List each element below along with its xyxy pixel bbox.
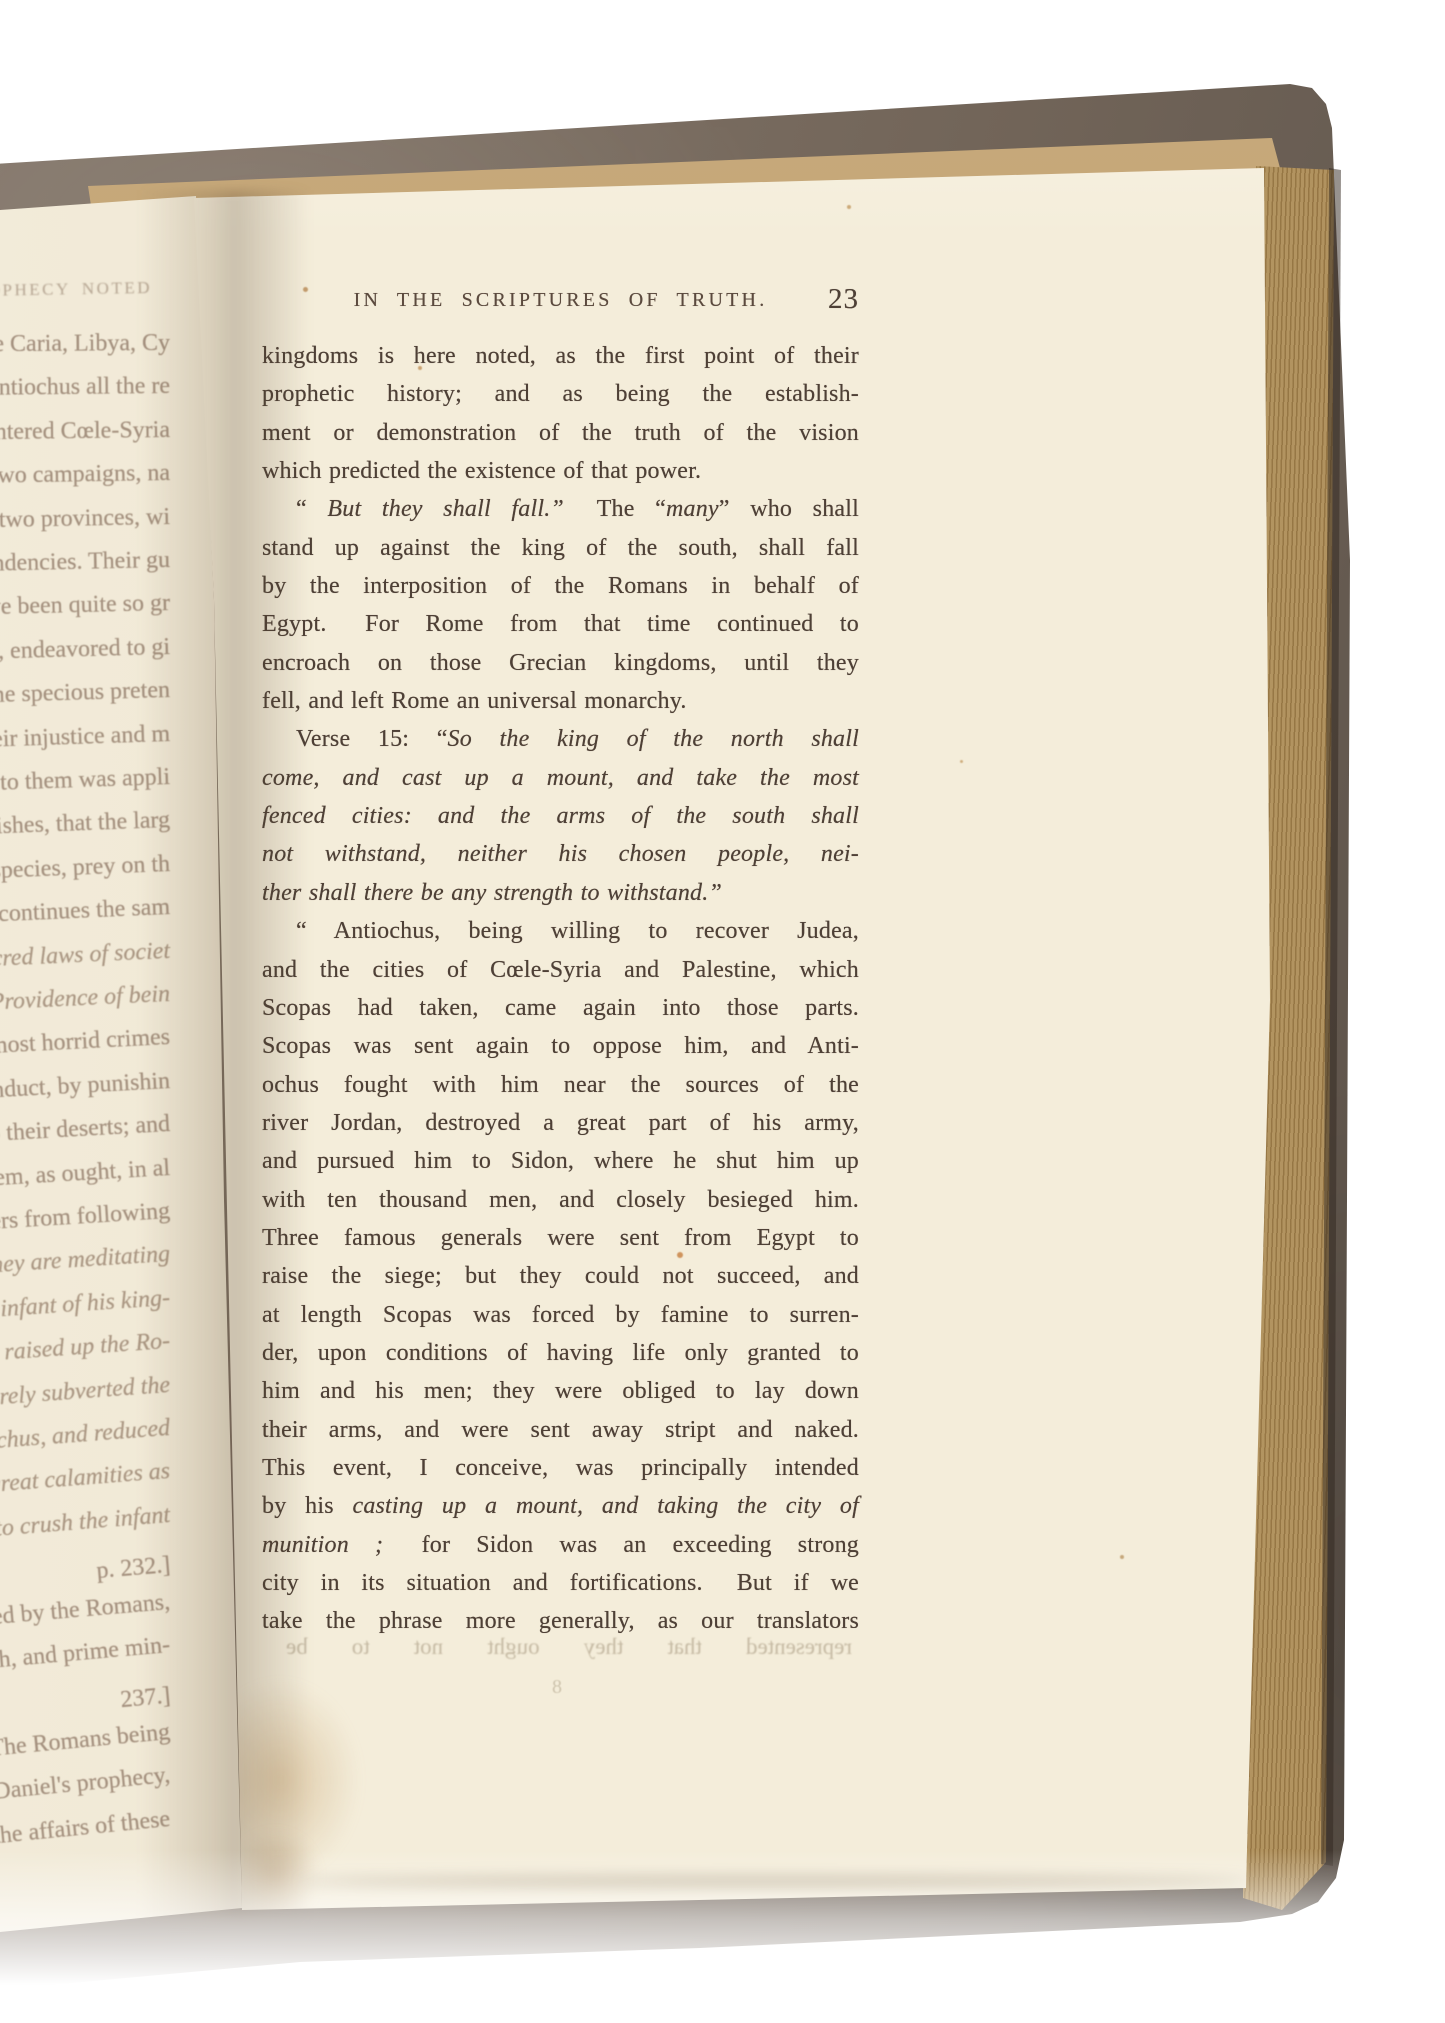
text-segment: ” who shall [719, 496, 859, 522]
text-line: by the interposition of the Romans in be… [262, 567, 859, 605]
foxing-speck [847, 205, 851, 209]
book: THE PROPHECY NOTED was to have Caria, Li… [0, 0, 1445, 2023]
text-segment: river Jordan, destroyed a great part of … [262, 1110, 859, 1136]
text-line: come, and cast up a mount, and take the … [262, 759, 859, 797]
text-segment: their arms, and were sent away stript an… [262, 1417, 859, 1443]
text-line: prophetic history; and as being the esta… [262, 375, 859, 413]
text-segment: at length Scopas was forced by famine to… [262, 1302, 859, 1328]
italic-text-segment: But they shall fall.” [327, 496, 564, 522]
body-text-block: kingdoms is here noted, as the first poi… [262, 337, 859, 1641]
text-segment: Scopas was sent again to oppose him, and… [262, 1033, 859, 1059]
italic-text-segment: So the king of the north shall [448, 726, 859, 752]
text-segment: and the cities of Cœle-Syria and Palesti… [262, 957, 859, 983]
text-line: ochus fought with him near the sources o… [262, 1066, 859, 1104]
text-segment: stand up against the king of the south, … [262, 535, 859, 561]
italic-text-segment: many [666, 496, 719, 522]
text-line: which predicted the existence of that po… [262, 452, 859, 490]
gutter-shadow [140, 190, 310, 1920]
text-segment: This event, I conceive, was principally … [262, 1455, 859, 1481]
text-line: him and his men; they were obliged to la… [262, 1372, 859, 1410]
text-segment: Three famous generals were sent from Egy… [262, 1225, 859, 1251]
page-header: IN THE SCRIPTURES OF TRUTH. 23 [262, 289, 859, 329]
text-line: encroach on those Grecian kingdoms, unti… [262, 644, 859, 682]
text-segment: encroach on those Grecian kingdoms, unti… [262, 650, 859, 676]
text-line: fell, and left Rome an universal monarch… [262, 682, 859, 720]
text-line: ther shall there be any strength to with… [262, 874, 859, 912]
text-segment: ment or demonstration of the truth of th… [262, 420, 859, 446]
foxing-speck [418, 366, 422, 370]
text-line: “ But they shall fall.” The “many” who s… [262, 490, 859, 528]
italic-text-segment: casting up a mount, and taking the city … [352, 1493, 859, 1519]
text-segment: take the phrase more generally, as our t… [262, 1608, 859, 1634]
page-number: 23 [828, 283, 859, 316]
text-segment: “ Antiochus, being willing to recover Ju… [296, 918, 859, 944]
text-line: not withstand, neither his chosen people… [262, 835, 859, 873]
text-line: ment or demonstration of the truth of th… [262, 414, 859, 452]
text-line: Egypt. For Rome from that time continued… [262, 605, 859, 643]
foxing-speck [1120, 1555, 1124, 1559]
text-segment: The “ [564, 496, 666, 522]
text-line: munition ; for Sidon was an exceeding st… [262, 1526, 859, 1564]
text-line: with ten thousand men, and closely besie… [262, 1181, 859, 1219]
text-segment: Verse 15: “ [296, 726, 448, 752]
text-segment: city in its situation and fortifications… [262, 1570, 859, 1596]
photo-background: THE PROPHECY NOTED was to have Caria, Li… [0, 0, 1445, 2023]
text-line: kingdoms is here noted, as the first poi… [262, 337, 859, 375]
text-line: river Jordan, destroyed a great part of … [262, 1104, 859, 1142]
text-line: raise the siege; but they could not succ… [262, 1257, 859, 1295]
text-line: at length Scopas was forced by famine to… [262, 1296, 859, 1334]
italic-text-segment: come, and cast up a mount, and take the … [262, 765, 859, 791]
show-through-text: represented that they ought not to be [286, 1634, 852, 1660]
text-line: stand up against the king of the south, … [262, 529, 859, 567]
text-line: “ Antiochus, being willing to recover Ju… [262, 912, 859, 950]
text-line: This event, I conceive, was principally … [262, 1449, 859, 1487]
text-segment: raise the siege; but they could not succ… [262, 1263, 859, 1289]
photo-bottom-blur [0, 1850, 1445, 2023]
text-segment: him and his men; they were obliged to la… [262, 1378, 859, 1404]
italic-text-segment: ther shall there be any strength to with… [262, 880, 722, 906]
text-segment: by the interposition of the Romans in be… [262, 573, 859, 599]
text-line: their arms, and were sent away stript an… [262, 1411, 859, 1449]
text-segment: der, upon conditions of having life only… [262, 1340, 859, 1366]
text-line: city in its situation and fortifications… [262, 1564, 859, 1602]
running-head: IN THE SCRIPTURES OF TRUTH. [262, 289, 859, 312]
italic-text-segment: not withstand, neither his chosen people… [262, 841, 859, 867]
text-segment: which predicted the existence of that po… [262, 458, 701, 484]
text-line: and pursued him to Sidon, where he shut … [262, 1142, 859, 1180]
text-segment: Scopas had taken, came again into those … [262, 995, 859, 1021]
text-segment: and pursued him to Sidon, where he shut … [262, 1148, 859, 1174]
text-segment: ochus fought with him near the sources o… [262, 1072, 859, 1098]
text-line: by his casting up a mount, and taking th… [262, 1487, 859, 1525]
text-line: fenced cities: and the arms of the south… [262, 797, 859, 835]
text-line: der, upon conditions of having life only… [262, 1334, 859, 1372]
show-through-signature-mark: 8 [552, 1676, 562, 1699]
text-line: Three famous generals were sent from Egy… [262, 1219, 859, 1257]
text-segment: for Sidon was an exceeding strong [383, 1532, 859, 1558]
text-segment: kingdoms is here noted, as the first poi… [262, 343, 859, 369]
text-line: Scopas had taken, came again into those … [262, 989, 859, 1027]
text-line: Scopas was sent again to oppose him, and… [262, 1027, 859, 1065]
text-segment: Egypt. For Rome from that time continued… [262, 611, 859, 637]
text-segment: with ten thousand men, and closely besie… [262, 1187, 859, 1213]
text-line: and the cities of Cœle-Syria and Palesti… [262, 951, 859, 989]
foxing-speck [960, 760, 963, 763]
text-segment: fell, and left Rome an universal monarch… [262, 688, 687, 714]
text-line: Verse 15: “So the king of the north shal… [262, 720, 859, 758]
foxing-speck [677, 1252, 683, 1258]
left-running-head: THE PROPHECY NOTED [0, 278, 152, 304]
italic-text-segment: fenced cities: and the arms of the south… [262, 803, 859, 829]
text-segment: prophetic history; and as being the esta… [262, 381, 859, 407]
